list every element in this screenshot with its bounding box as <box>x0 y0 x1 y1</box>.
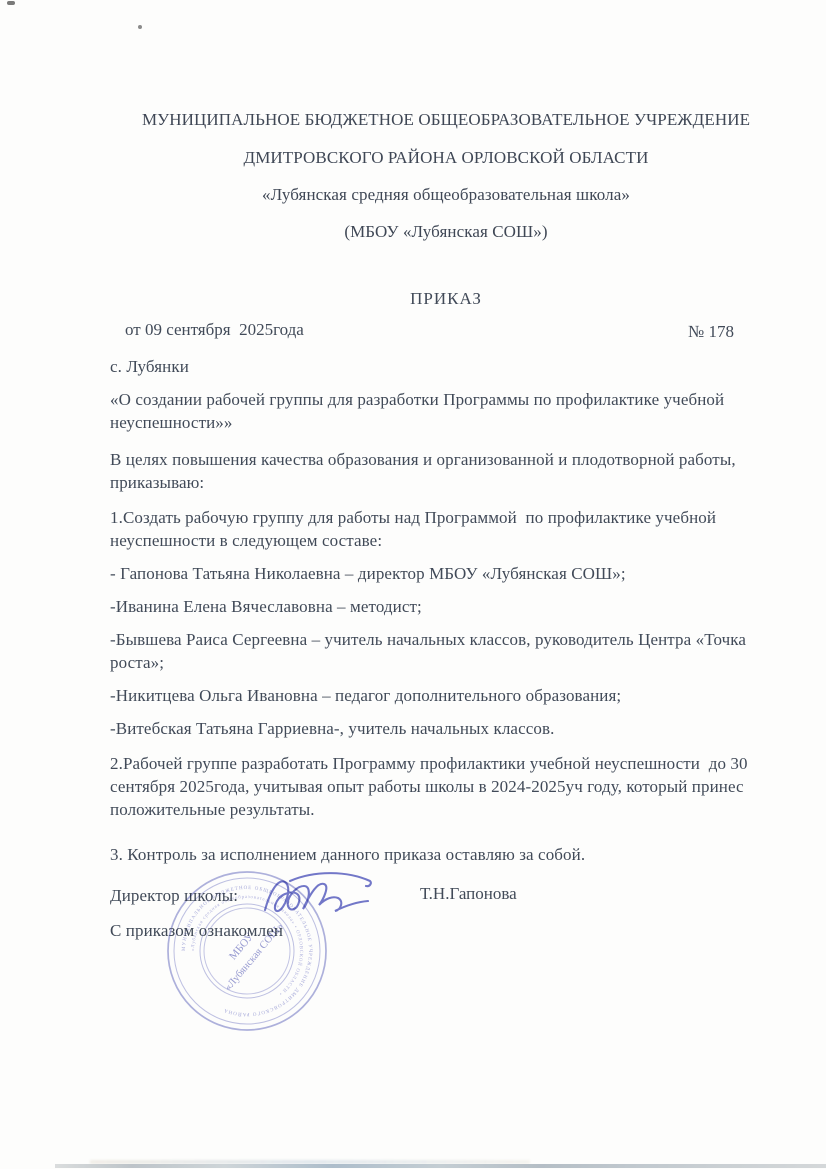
document-title: ПРИКАЗ <box>110 287 782 310</box>
scan-speck <box>138 25 142 29</box>
order-subject: «О создании рабочей группы для разработк… <box>110 388 782 434</box>
org-name-line-4: (МБОУ «Лубянская СОШ») <box>110 220 782 243</box>
order-date: от 09 сентября 2025года <box>125 320 304 340</box>
org-name-line-2: ДМИТРОВСКОГО РАЙОНА ОРЛОВСКОЙ ОБЛАСТИ <box>110 146 782 169</box>
scanned-order-page: МУНИЦИПАЛЬНОЕ БЮДЖЕТНОЕ ОБЩЕОБРАЗОВАТЕЛЬ… <box>0 0 826 1169</box>
order-item-2: 2.Рабочей группе разработать Программу п… <box>110 752 782 821</box>
scan-artifact-line <box>55 1164 826 1168</box>
signature-name: Т.Н.Гапонова <box>420 884 517 904</box>
member-gaponova: - Гапонова Татьяна Николаевна – директор… <box>110 562 782 585</box>
member-vitebskaya: -Витебская Татьяна Гарриевна-, учитель н… <box>110 717 782 740</box>
org-name-line-1: МУНИЦИПАЛЬНОЕ БЮДЖЕТНОЕ ОБЩЕОБРАЗОВАТЕЛЬ… <box>110 108 782 131</box>
order-number: № 178 <box>688 322 734 342</box>
org-name-line-3: «Лубянская средняя общеобразовательная ш… <box>110 183 782 206</box>
order-item-1: 1.Создать рабочую группу для работы над … <box>110 506 782 552</box>
handwritten-signature <box>260 868 372 922</box>
order-preamble: В целях повышения качества образования и… <box>110 448 782 494</box>
order-place: с. Лубянки <box>110 355 782 378</box>
member-ivanina: -Иванина Елена Вячеславовна – методист; <box>110 595 782 618</box>
scan-speck <box>7 1 15 5</box>
member-nikittseva: -Никитцева Ольга Ивановна – педагог допо… <box>110 684 782 707</box>
member-byvsheva: -Бывшева Раиса Сергеевна – учитель начал… <box>110 628 782 674</box>
